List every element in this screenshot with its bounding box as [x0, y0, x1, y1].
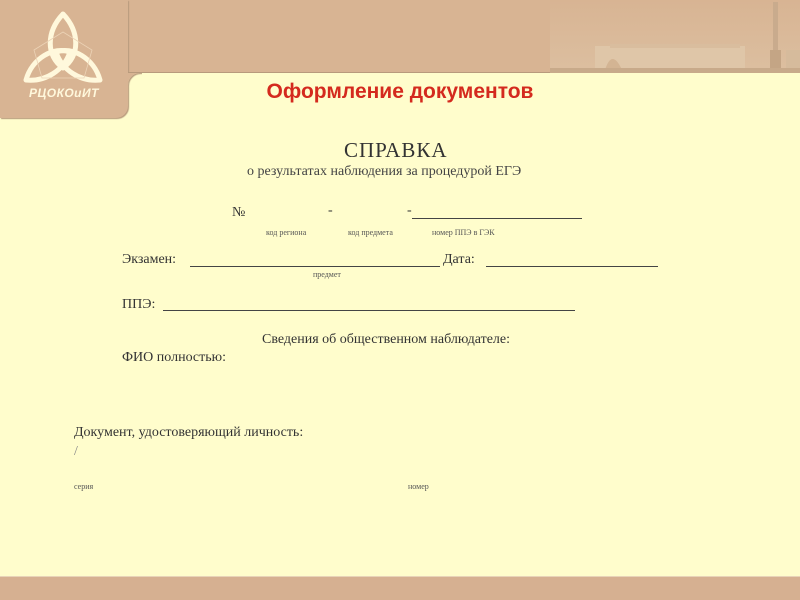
number-dash-1: -: [328, 203, 333, 219]
observer-section-heading: Сведения об общественном наблюдателе:: [262, 332, 510, 348]
fio-label: ФИО полностью:: [122, 350, 226, 366]
header-cityscape-image: [550, 0, 800, 73]
caption-ppe-number: номер ППЭ в ГЭК: [432, 228, 495, 237]
number-sign: №: [232, 205, 245, 221]
document-title: СПРАВКА: [344, 138, 448, 163]
slide-title: Оформление документов: [0, 80, 800, 104]
exam-caption: предмет: [313, 270, 341, 279]
ppe-field[interactable]: [163, 310, 575, 311]
ppe-label: ППЭ:: [122, 297, 155, 313]
id-document-label: Документ, удостоверяющий личность:: [74, 425, 303, 441]
caption-subject-code: код предмета: [348, 228, 393, 237]
footer-band: [0, 576, 800, 600]
date-label: Дата:: [443, 252, 475, 268]
exam-label: Экзамен:: [122, 252, 176, 268]
series-caption: серия: [74, 482, 93, 491]
date-field[interactable]: [486, 266, 658, 267]
number-caption: номер: [408, 482, 429, 491]
ppe-number-field[interactable]: [412, 218, 582, 219]
logo-triquetra-icon: [18, 10, 108, 86]
id-document-slash: /: [74, 444, 78, 460]
number-dash-2: -: [407, 203, 412, 219]
exam-field[interactable]: [190, 266, 440, 267]
document-subtitle: о результатах наблюдения за процедурой Е…: [247, 164, 521, 180]
caption-region-code: код региона: [266, 228, 306, 237]
